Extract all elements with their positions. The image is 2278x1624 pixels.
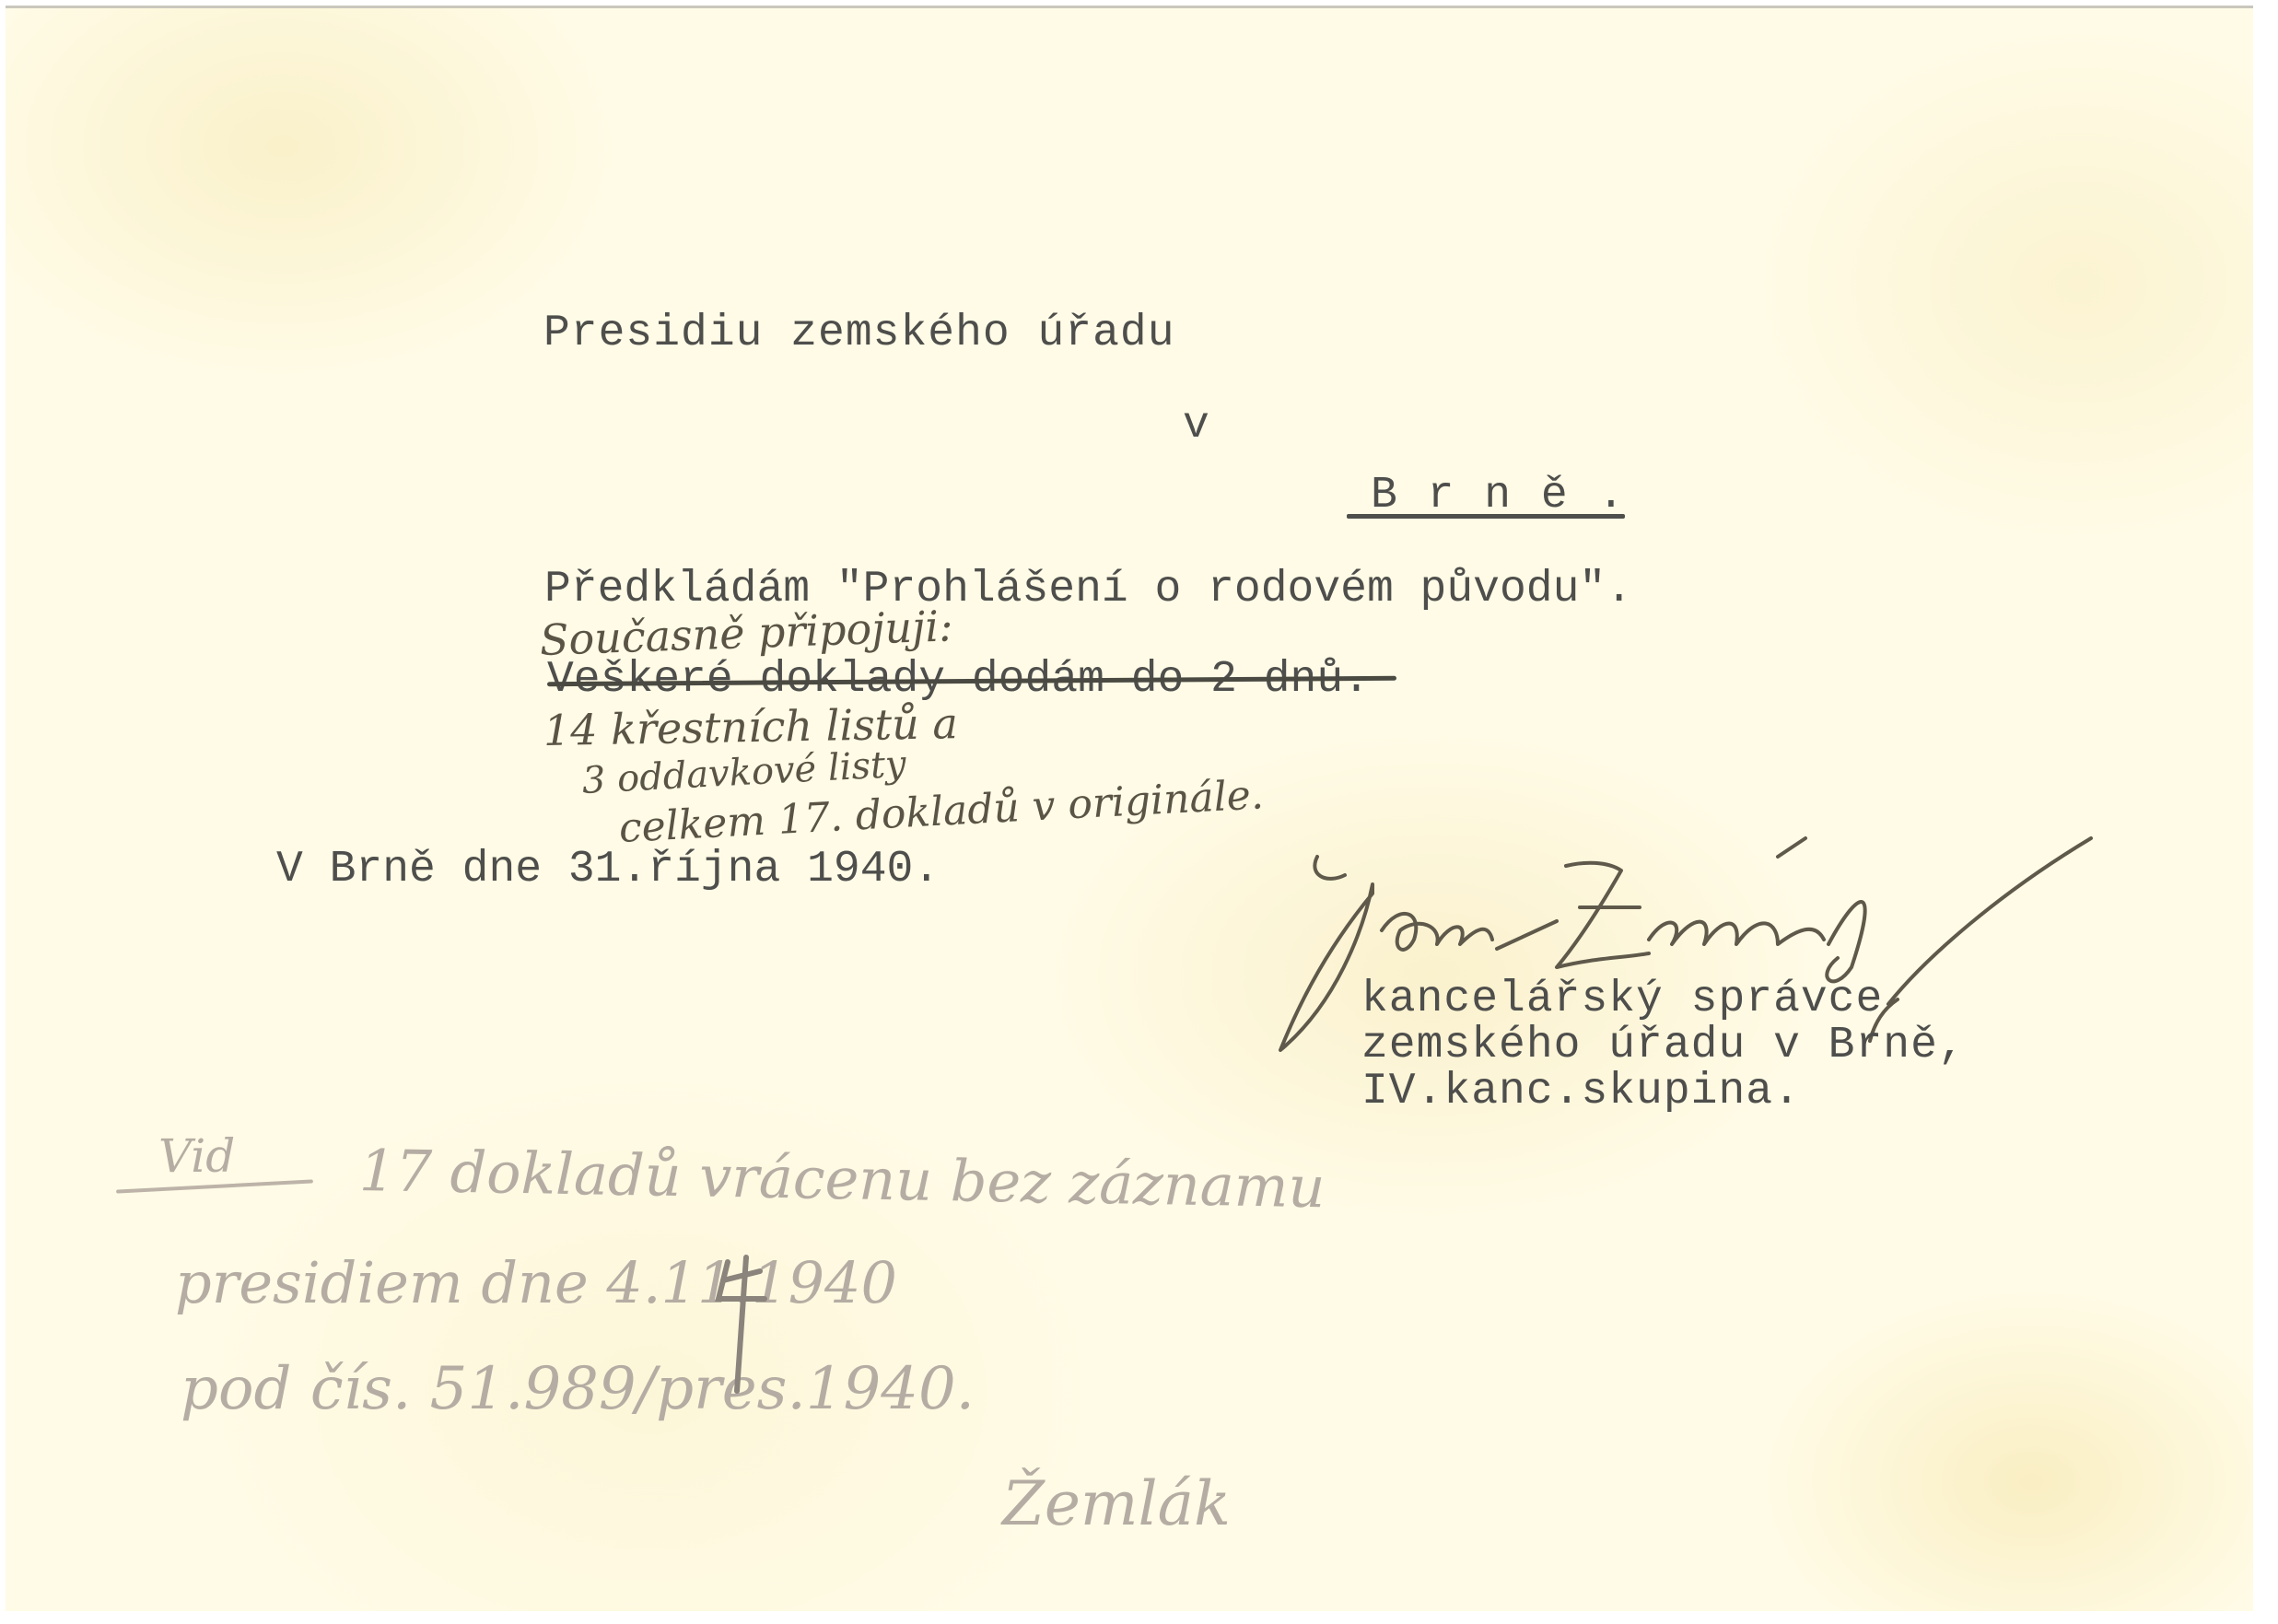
addressee-line-1: Presidiu zemského úřadu xyxy=(543,311,1175,356)
signature-title-line-3: IV.kanc.skupina. xyxy=(1361,1069,1801,1114)
body-typed-line: Předkládám "Prohlášení o rodovém původu"… xyxy=(544,567,1632,612)
pencil-note-line-1: 17 dokladů vrácenu bez záznamu xyxy=(358,1142,1326,1216)
pencil-note-line-3: pod čís. 51.989/pres.1940. xyxy=(181,1360,975,1419)
place-date: V Brně dne 31.října 1940. xyxy=(276,847,940,892)
addressee-city: B r n ě . xyxy=(1371,473,1626,518)
signature-title-line-1: kancelářský správce xyxy=(1361,977,1883,1022)
addressee-line-2: v xyxy=(1183,403,1210,448)
pencil-mark-vid: Vid xyxy=(158,1133,235,1179)
pencil-overwrite-mark-icon xyxy=(709,1253,792,1400)
signature-name: Josef Žemlák xyxy=(1382,884,1388,885)
addressee-city-underline xyxy=(1347,514,1625,519)
signature-title-line-2: zemského úřadu v Brně, xyxy=(1361,1023,1966,1068)
pencil-initials: Žemlák xyxy=(1002,1474,1231,1535)
